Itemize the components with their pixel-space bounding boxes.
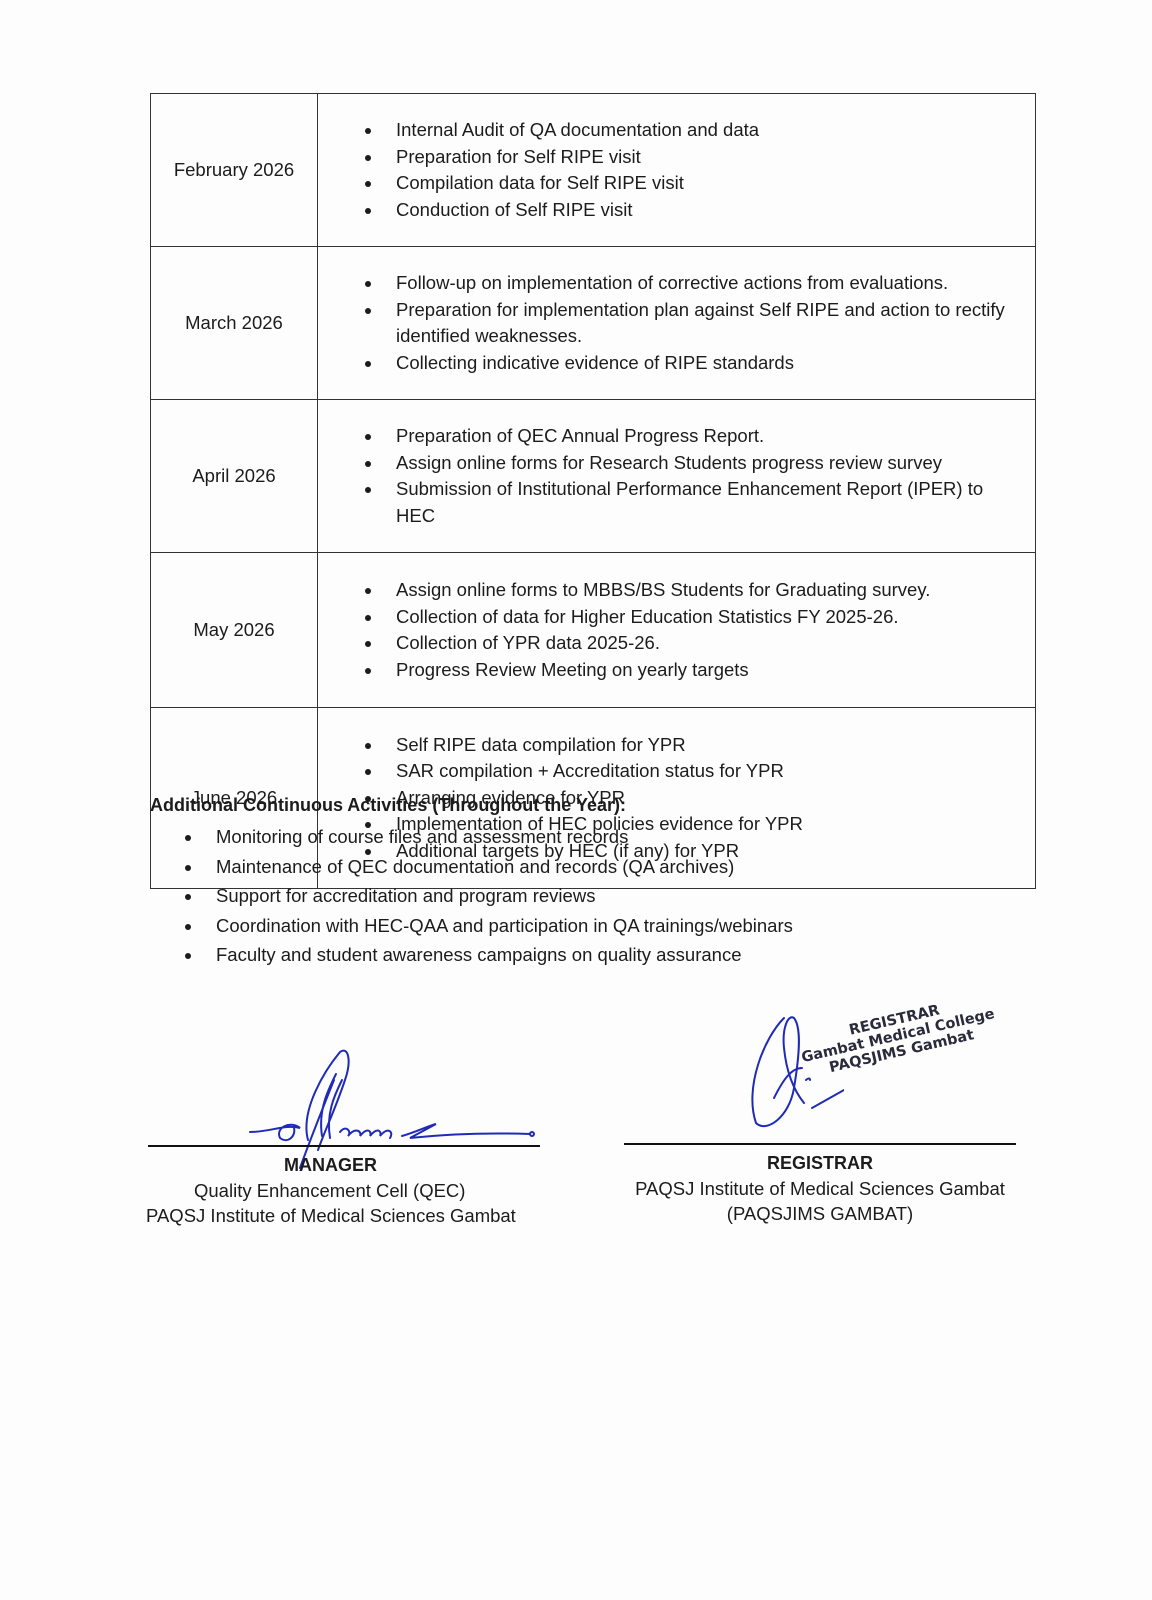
- list-item: Submission of Institutional Performance …: [318, 476, 1021, 529]
- table-row: March 2026Follow-up on implementation of…: [151, 247, 1036, 400]
- signature-line: [624, 1143, 1016, 1145]
- tasks-cell: Preparation of QEC Annual Progress Repor…: [318, 400, 1036, 553]
- registrar-institute: PAQSJ Institute of Medical Sciences Gamb…: [624, 1176, 1016, 1201]
- task-list: Assign online forms to MBBS/BS Students …: [318, 577, 1021, 683]
- list-item: Assign online forms for Research Student…: [318, 450, 1021, 477]
- list-item: Follow-up on implementation of correctiv…: [318, 270, 1021, 297]
- list-item: Maintenance of QEC documentation and rec…: [150, 852, 970, 882]
- table-row: May 2026Assign online forms to MBBS/BS S…: [151, 553, 1036, 708]
- list-item: Preparation of QEC Annual Progress Repor…: [318, 423, 1021, 450]
- continuous-activities-list: Monitoring of course files and assessmen…: [150, 822, 970, 970]
- registrar-signature-block: REGISTRAR PAQSJ Institute of Medical Sci…: [624, 1143, 1016, 1226]
- task-list: Internal Audit of QA documentation and d…: [318, 117, 1021, 223]
- list-item: Assign online forms to MBBS/BS Students …: [318, 577, 1021, 604]
- list-item: Coordination with HEC-QAA and participat…: [150, 911, 970, 941]
- table-row: April 2026Preparation of QEC Annual Prog…: [151, 400, 1036, 553]
- manager-title: MANAGER: [148, 1153, 540, 1178]
- list-item: Support for accreditation and program re…: [150, 881, 970, 911]
- list-item: SAR compilation + Accreditation status f…: [318, 758, 1021, 785]
- list-item: Collection of YPR data 2025-26.: [318, 630, 1021, 657]
- list-item: Progress Review Meeting on yearly target…: [318, 657, 1021, 684]
- list-item: Self RIPE data compilation for YPR: [318, 732, 1021, 759]
- manager-institute: PAQSJ Institute of Medical Sciences Gamb…: [146, 1203, 540, 1228]
- list-item: Compilation data for Self RIPE visit: [318, 170, 1021, 197]
- list-item: Monitoring of course files and assessmen…: [150, 822, 970, 852]
- list-item: Collection of data for Higher Education …: [318, 604, 1021, 631]
- registrar-title: REGISTRAR: [624, 1151, 1016, 1176]
- list-item: Preparation for Self RIPE visit: [318, 144, 1021, 171]
- month-cell: May 2026: [151, 553, 318, 708]
- tasks-cell: Assign online forms to MBBS/BS Students …: [318, 553, 1036, 708]
- list-item: Internal Audit of QA documentation and d…: [318, 117, 1021, 144]
- manager-signature-block: MANAGER Quality Enhancement Cell (QEC) P…: [148, 1145, 540, 1228]
- signature-line: [148, 1145, 540, 1147]
- registrar-institute-abbr: (PAQSJIMS GAMBAT): [624, 1201, 1016, 1226]
- task-list: Preparation of QEC Annual Progress Repor…: [318, 423, 1021, 529]
- tasks-cell: Follow-up on implementation of correctiv…: [318, 247, 1036, 400]
- document-page: February 2026Internal Audit of QA docume…: [0, 0, 1152, 1600]
- registrar-stamp: REGISTRAR Gambat Medical College PAQSJIM…: [795, 990, 1001, 1082]
- table-row: February 2026Internal Audit of QA docume…: [151, 94, 1036, 247]
- tasks-cell: Internal Audit of QA documentation and d…: [318, 94, 1036, 247]
- qec-schedule-table: February 2026Internal Audit of QA docume…: [150, 93, 1036, 889]
- task-list: Follow-up on implementation of correctiv…: [318, 270, 1021, 376]
- list-item: Conduction of Self RIPE visit: [318, 197, 1021, 224]
- manager-department: Quality Enhancement Cell (QEC): [148, 1178, 540, 1203]
- list-item: Preparation for implementation plan agai…: [318, 297, 1021, 350]
- continuous-activities-heading: Additional Continuous Activities (Throug…: [150, 795, 970, 816]
- month-cell: April 2026: [151, 400, 318, 553]
- month-cell: March 2026: [151, 247, 318, 400]
- list-item: Faculty and student awareness campaigns …: [150, 940, 970, 970]
- month-cell: February 2026: [151, 94, 318, 247]
- list-item: Collecting indicative evidence of RIPE s…: [318, 350, 1021, 377]
- continuous-activities: Additional Continuous Activities (Throug…: [150, 795, 970, 970]
